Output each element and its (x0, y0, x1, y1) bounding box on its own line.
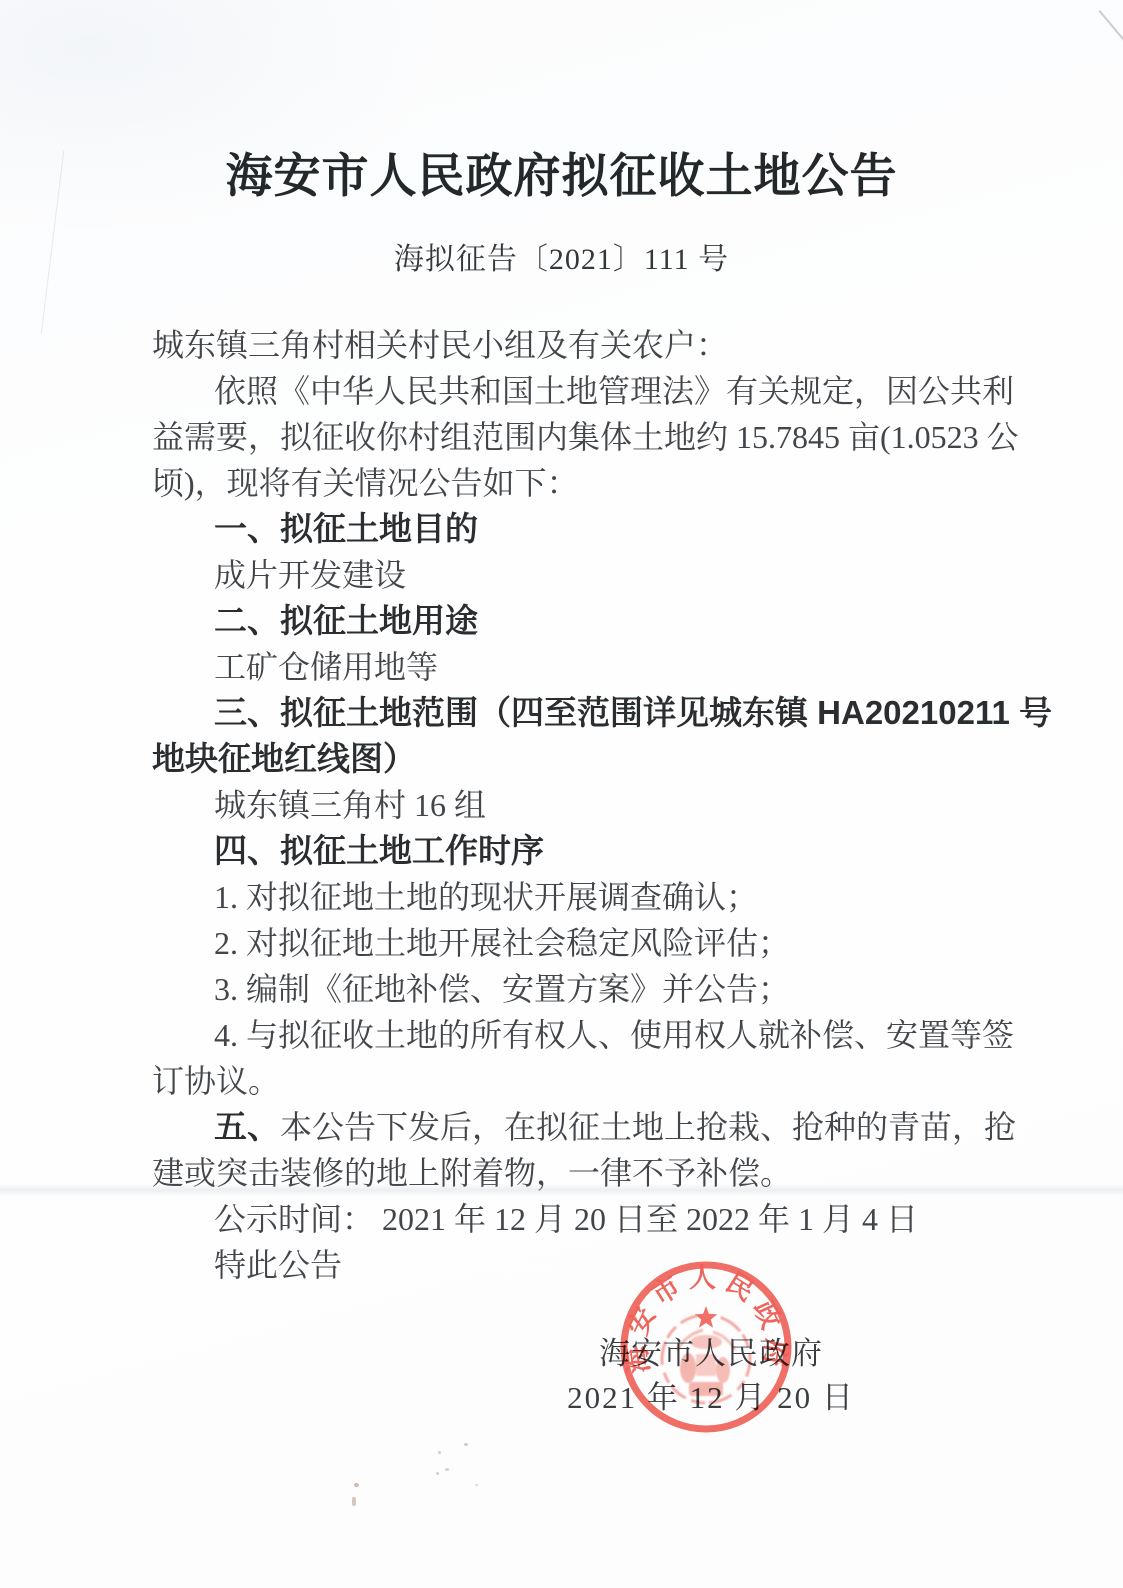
document-number: 海拟征告〔2021〕111 号 (0, 234, 1123, 278)
section-3-heading-line-2: 地块征地红线图） (152, 736, 974, 782)
seal-star-icon (695, 1306, 718, 1328)
scan-speck (445, 1468, 449, 1471)
section-4-item-2: 2. 对拟征地土地开展社会稳定风险评估； (152, 920, 974, 966)
scan-crease-top-right (1098, 10, 1123, 42)
section-3-heading-line-1: 三、拟征土地范围（四至范围详见城东镇 HA20210211 号 (152, 690, 974, 736)
document-title: 海安市人民政府拟征收土地公告 (0, 150, 1123, 204)
section-5-label: 五、 (214, 1108, 280, 1145)
closing-line: 特此公告 (152, 1242, 974, 1288)
scan-speck (464, 1443, 468, 1446)
scan-speck (436, 1472, 439, 1475)
intro-line-3: 顷)，现将有关情况公告如下： (152, 460, 974, 506)
section-4-heading: 四、拟征土地工作时序 (152, 828, 974, 874)
scanned-document-page: 海安市人民政府拟征收土地公告 海拟征告〔2021〕111 号 城东镇三角村相关村… (0, 0, 1123, 1588)
scan-speck (354, 1483, 359, 1487)
salutation-line: 城东镇三角村相关村民小组及有关农户： (152, 322, 974, 368)
section-2-body: 工矿仓储用地等 (152, 644, 974, 690)
section-4-item-1: 1. 对拟征地土地的现状开展调查确认； (152, 874, 974, 920)
section-1-heading: 一、拟征土地目的 (152, 506, 974, 552)
scan-speck (352, 1497, 356, 1506)
scan-crease-horizontal (0, 1184, 1123, 1196)
document-body: 城东镇三角村相关村民小组及有关农户： 依照《中华人民共和国土地管理法》有关规定，… (152, 322, 974, 1288)
section-4-item-4-line-1: 4. 与拟征收土地的所有权人、使用权人就补偿、安置等签 (152, 1012, 974, 1058)
scan-speck (475, 1484, 478, 1486)
section-5-text: 本公告下发后，在拟征土地上抢栽、抢种的青苗，抢 (280, 1109, 1016, 1145)
section-4-item-4-line-2: 订协议。 (152, 1058, 974, 1104)
section-1-body: 成片开发建设 (152, 552, 974, 598)
intro-line-1: 依照《中华人民共和国土地管理法》有关规定，因公共利 (152, 368, 974, 414)
government-seal-icon: 海安市人民政府 (617, 1258, 795, 1436)
intro-line-2: 益需要，拟征收你村组范围内集体土地约 15.7845 亩(1.0523 公 (152, 414, 974, 460)
seal-emblem-icon (662, 1315, 750, 1403)
section-5-line-1: 五、本公告下发后，在拟征土地上抢栽、抢种的青苗，抢 (152, 1104, 974, 1150)
publicity-period-line: 公示时间： 2021 年 12 月 20 日至 2022 年 1 月 4 日 (152, 1196, 974, 1242)
section-4-item-3: 3. 编制《征地补偿、安置方案》并公告； (152, 966, 974, 1012)
section-2-heading: 二、拟征土地用途 (152, 598, 974, 644)
section-3-body: 城东镇三角村 16 组 (152, 782, 974, 828)
scan-speck (438, 1451, 441, 1454)
